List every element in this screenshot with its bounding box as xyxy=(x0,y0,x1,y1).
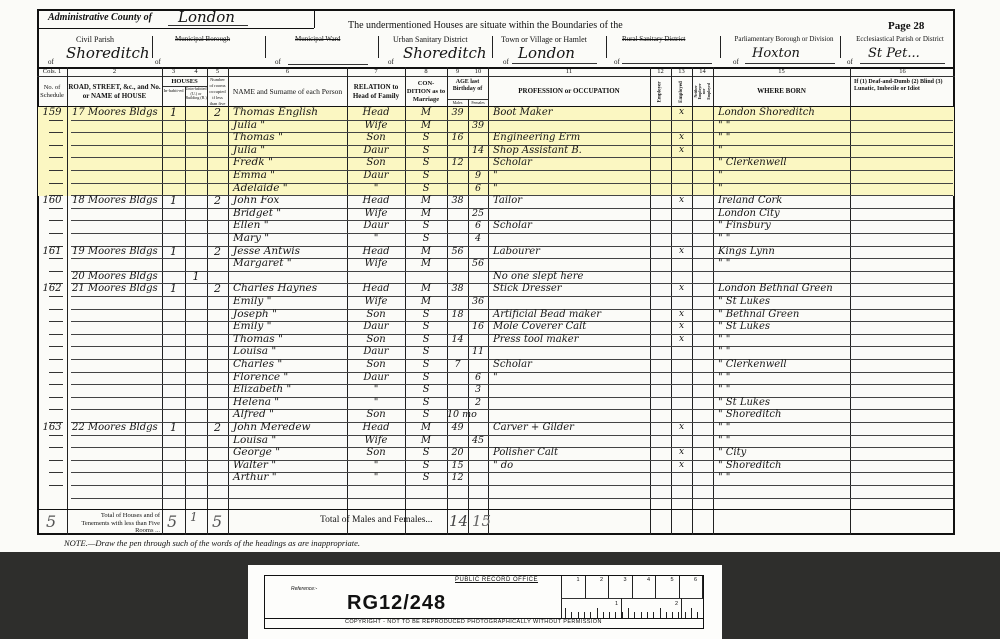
relation: Daur xyxy=(347,144,405,157)
birthplace: " " xyxy=(718,421,849,434)
table-row: 15917 Moores Bldgs12Thomas EnglishHeadM3… xyxy=(0,107,1000,120)
employed-mark: x xyxy=(671,144,692,157)
row-line xyxy=(49,233,63,234)
scale-tick xyxy=(590,612,591,618)
total-males: 14 xyxy=(449,512,468,530)
occupation: " xyxy=(493,182,649,195)
column-number: 5 xyxy=(207,68,228,76)
occupation: Stick Dresser xyxy=(493,282,649,295)
column-header-c16: If (1) Deaf-and-Dumb (2) Blind (3) Lunat… xyxy=(854,79,953,92)
divider xyxy=(152,36,153,58)
row-line xyxy=(49,447,63,448)
field-underline xyxy=(622,63,712,64)
field-underline xyxy=(745,63,835,64)
condition: M xyxy=(405,421,447,434)
person-name: Louisa " xyxy=(233,434,346,447)
scale-tick xyxy=(597,608,598,618)
row-line xyxy=(49,309,63,310)
scale-tick xyxy=(608,576,609,598)
title-box-right xyxy=(314,9,315,28)
of-prefix: of xyxy=(275,58,281,66)
column-header-c4: Unin-habited (U.) or Building (B.) xyxy=(185,87,207,101)
occupation: Scholar xyxy=(493,156,649,169)
age-female: 25 xyxy=(468,207,488,220)
row-line xyxy=(71,498,953,499)
relation: Wife xyxy=(347,119,405,132)
condition: S xyxy=(405,219,447,232)
rooms-count: 2 xyxy=(207,245,228,258)
person-name: Thomas English xyxy=(233,106,346,119)
total-persons-label: Total of Males and Females... xyxy=(320,515,433,525)
person-name: Julia " xyxy=(233,144,346,157)
title-box-bottom xyxy=(37,28,314,29)
employed-mark: x xyxy=(671,320,692,333)
table-row: Walter ""S15" dox" Shoreditch xyxy=(0,460,1000,473)
scale-tick xyxy=(691,608,692,618)
birthplace: " Clerkenwell xyxy=(718,358,849,371)
column-number: 7 xyxy=(347,68,405,76)
row-line xyxy=(49,435,63,436)
column-number: 4 xyxy=(185,68,207,76)
column-number: 14 xyxy=(692,68,713,76)
person-name: Joseph " xyxy=(233,308,346,321)
occupation: Press tool maker xyxy=(493,333,649,346)
relation: " xyxy=(347,232,405,245)
relation: Daur xyxy=(347,371,405,384)
of-prefix: of xyxy=(614,58,620,66)
relation: Son xyxy=(347,358,405,371)
occupation: Engineering Erm xyxy=(493,131,649,144)
table-row: Elizabeth ""S3" " xyxy=(0,384,1000,397)
boundaries-text: The undermentioned Houses are situate wi… xyxy=(348,20,623,31)
birthplace: " " xyxy=(718,371,849,384)
row-line xyxy=(49,346,63,347)
scale-tick xyxy=(655,576,656,598)
condition: S xyxy=(405,144,447,157)
person-name: Helena " xyxy=(233,396,346,409)
address: 17 Moores Bldgs xyxy=(72,106,161,119)
age-male: 12 xyxy=(447,156,468,169)
urban-sanitary-label: Urban Sanitary District xyxy=(393,35,468,44)
age-male: 18 xyxy=(447,308,468,321)
employed-mark: x xyxy=(671,106,692,119)
schedule-number: 162 xyxy=(37,282,67,295)
birthplace: " City xyxy=(718,446,849,459)
column-number: 11 xyxy=(488,68,650,76)
scale-label: 1 xyxy=(577,577,580,583)
birthplace: " " xyxy=(718,333,849,346)
row-line xyxy=(49,384,63,385)
condition: M xyxy=(405,434,447,447)
scale-tick xyxy=(681,598,682,618)
scale-divider xyxy=(561,576,562,618)
total-schedules: 5 xyxy=(46,512,56,531)
total-rooms: 5 xyxy=(212,512,222,531)
address: 20 Moores Bldgs xyxy=(72,270,161,283)
birthplace: London City xyxy=(718,207,849,220)
age-male: 56 xyxy=(447,245,468,258)
county-value: London xyxy=(178,8,235,26)
row-line xyxy=(49,460,63,461)
divider xyxy=(606,36,607,58)
birthplace: " " xyxy=(718,119,849,132)
of-prefix: of xyxy=(503,58,509,66)
urban-sanitary-value: Shoreditch xyxy=(403,44,487,62)
scale-label: 6 xyxy=(694,577,697,583)
person-name: Emma " xyxy=(233,169,346,182)
occupation: Labourer xyxy=(493,245,649,258)
address: 19 Moores Bldgs xyxy=(72,245,161,258)
column-number: 10 xyxy=(468,68,488,76)
person-name: Julia " xyxy=(233,119,346,132)
person-name: Jesse Antwis xyxy=(233,245,346,258)
county-label: Administrative County of xyxy=(48,12,152,23)
address: 22 Moores Bldgs xyxy=(72,421,161,434)
scale-label: 2 xyxy=(600,577,603,583)
relation: Head xyxy=(347,421,405,434)
birthplace: " Clerkenwell xyxy=(718,156,849,169)
column-header-c7: RELATION to Head of Family xyxy=(348,78,404,105)
column-header-c3: In-habit-ed xyxy=(162,88,185,94)
age-female: 9 xyxy=(468,169,488,182)
relation: Son xyxy=(347,446,405,459)
person-name: Charles " xyxy=(233,358,346,371)
field-underline xyxy=(512,63,597,64)
page-number: Page 28 xyxy=(888,20,924,32)
birthplace: " xyxy=(718,144,849,157)
relation: Daur xyxy=(347,169,405,182)
condition: M xyxy=(405,257,447,270)
person-name: Emily " xyxy=(233,295,346,308)
person-name: Louisa " xyxy=(233,345,346,358)
row-line xyxy=(49,472,63,473)
relation: " xyxy=(347,182,405,195)
schedule-number: 163 xyxy=(37,421,67,434)
age-female: 6 xyxy=(468,182,488,195)
relation: " xyxy=(347,383,405,396)
municipal-ward-label: Municipal Ward xyxy=(295,35,340,43)
condition: M xyxy=(405,106,447,119)
row-line xyxy=(49,220,63,221)
scale-tick xyxy=(603,612,604,618)
column-header-text: Employed xyxy=(679,81,685,103)
field-underline xyxy=(288,64,368,65)
column-header-c12: Employer xyxy=(650,78,671,105)
row-line xyxy=(49,157,63,158)
row-line xyxy=(49,372,63,373)
birthplace: " Finsbury xyxy=(718,219,849,232)
scale-tick xyxy=(685,612,686,618)
birthplace: " " xyxy=(718,345,849,358)
condition: S xyxy=(405,169,447,182)
column-number: 9 xyxy=(447,68,468,76)
age-female: 6 xyxy=(468,219,488,232)
person-name: Fredk " xyxy=(233,156,346,169)
condition: S xyxy=(405,131,447,144)
schedule-number: 159 xyxy=(37,106,67,119)
table-row: Arthur ""S12" " xyxy=(0,472,1000,485)
rooms-count: 2 xyxy=(207,282,228,295)
column-number: 12 xyxy=(650,68,671,76)
scale-tick xyxy=(641,612,642,618)
employed-mark: x xyxy=(671,282,692,295)
row-line xyxy=(49,397,63,398)
condition: S xyxy=(405,308,447,321)
birthplace: " " xyxy=(718,383,849,396)
condition: M xyxy=(405,245,447,258)
birthplace: " St Lukes xyxy=(718,295,849,308)
occupation: Polisher Calt xyxy=(493,446,649,459)
age-male: 39 xyxy=(447,106,468,119)
condition: M xyxy=(405,295,447,308)
birthplace: " xyxy=(718,182,849,195)
relation: Daur xyxy=(347,345,405,358)
relation: Daur xyxy=(347,320,405,333)
rooms-count: 2 xyxy=(207,106,228,119)
scale-tick xyxy=(672,612,673,618)
condition: S xyxy=(405,446,447,459)
birthplace: " " xyxy=(718,232,849,245)
column-header-c8: CON-DITION as to Marriage xyxy=(406,78,446,105)
scale-label: 4 xyxy=(647,577,650,583)
footnote: NOTE.—Draw the pen through such of the w… xyxy=(64,538,360,548)
age-female: 6 xyxy=(468,371,488,384)
age-male: 10 mo xyxy=(447,408,468,421)
age-female: 39 xyxy=(468,119,488,132)
column-header-c5: Number of rooms occupied if less than fi… xyxy=(208,78,227,105)
column-number: 16 xyxy=(850,68,955,76)
relation: Wife xyxy=(347,257,405,270)
occupation: No one slept here xyxy=(493,270,649,283)
age-female: 11 xyxy=(468,345,488,358)
condition: S xyxy=(405,345,447,358)
scale-tick xyxy=(628,608,629,618)
divider xyxy=(492,36,493,58)
condition: M xyxy=(405,194,447,207)
birthplace: " " xyxy=(718,471,849,484)
relation: Head xyxy=(347,245,405,258)
table-row: Thomas "SonS14Press tool makerx" " xyxy=(0,334,1000,347)
occupation: Shop Assistant B. xyxy=(493,144,649,157)
row-line xyxy=(49,208,63,209)
person-name: Thomas " xyxy=(233,131,346,144)
person-name: Florence " xyxy=(233,371,346,384)
employed-mark: x xyxy=(671,333,692,346)
scale-label: 1 xyxy=(615,601,618,607)
age-male: 7 xyxy=(447,358,468,371)
rooms-count: 2 xyxy=(207,421,228,434)
reference-label: Reference:- xyxy=(291,586,317,592)
reference-number: RG12/248 xyxy=(347,592,446,615)
age-male: 49 xyxy=(447,421,468,434)
person-name: Thomas " xyxy=(233,333,346,346)
table-row: Florence "DaurS6"" " xyxy=(0,372,1000,385)
table-row: 16018 Moores Bldgs12John FoxHeadM38Tailo… xyxy=(0,195,1000,208)
person-name: George " xyxy=(233,446,346,459)
column-number: 2 xyxy=(67,68,162,76)
scale-tick xyxy=(634,612,635,618)
employed-mark: x xyxy=(671,194,692,207)
column-header-text: Neither Employer nor Employed xyxy=(694,81,711,102)
condition: S xyxy=(405,320,447,333)
column-header-text: Employer xyxy=(658,81,664,102)
rural-sanitary-label: Rural Sanitary District xyxy=(622,35,685,43)
row-line xyxy=(49,132,63,133)
column-header-c2: ROAD, STREET, &c., and No. or NAME of HO… xyxy=(68,78,161,105)
employed-mark: x xyxy=(671,421,692,434)
birthplace: " St Lukes xyxy=(718,320,849,333)
birthplace: " " xyxy=(718,434,849,447)
person-name: Adelaide " xyxy=(233,182,346,195)
condition: S xyxy=(405,358,447,371)
field-underline xyxy=(860,63,945,64)
divider xyxy=(378,36,379,58)
column-header-c10: Females xyxy=(468,100,488,105)
scale-tick xyxy=(697,612,698,618)
person-name: Emily " xyxy=(233,320,346,333)
relation: Wife xyxy=(347,295,405,308)
person-name: Margaret " xyxy=(233,257,346,270)
divider xyxy=(720,36,721,58)
person-name: Arthur " xyxy=(233,471,346,484)
address: 18 Moores Bldgs xyxy=(72,194,161,207)
scale-tick xyxy=(615,612,616,618)
condition: S xyxy=(405,471,447,484)
scale-tick xyxy=(609,612,610,618)
birthplace: Kings Lynn xyxy=(718,245,849,258)
age-female: 45 xyxy=(468,434,488,447)
column-header-c6: NAME and Surname of each Person xyxy=(229,78,346,105)
table-row: 16322 Moores Bldgs12John MeredewHeadM49C… xyxy=(0,422,1000,435)
county-underline xyxy=(168,25,248,26)
scale-tick xyxy=(571,612,572,618)
row-line xyxy=(49,334,63,335)
age-female: 56 xyxy=(468,257,488,270)
town-value: London xyxy=(518,44,575,62)
inhabited-mark: 1 xyxy=(162,421,185,434)
inhabited-mark: 1 xyxy=(162,106,185,119)
row-line xyxy=(49,409,63,410)
person-name: Charles Haynes xyxy=(233,282,346,295)
employed-mark: x xyxy=(671,308,692,321)
person-name: John Meredew xyxy=(233,421,346,434)
scale-label: 3 xyxy=(624,577,627,583)
condition: S xyxy=(405,156,447,169)
occupation: Carver + Gilder xyxy=(493,421,649,434)
relation: Wife xyxy=(347,434,405,447)
column-header-c15: WHERE BORN xyxy=(714,78,849,105)
houses-header: HOUSES xyxy=(162,78,207,85)
person-name: Bridget " xyxy=(233,207,346,220)
relation: " xyxy=(347,471,405,484)
relation: Head xyxy=(347,194,405,207)
birthplace: " " xyxy=(718,131,849,144)
table-row: Helena ""S2" St Lukes xyxy=(0,397,1000,410)
relation: " xyxy=(347,396,405,409)
column-number: 8 xyxy=(405,68,447,76)
scale-tick xyxy=(647,612,648,618)
occupation: Tailor xyxy=(493,194,649,207)
occupation: Mole Coverer Calt xyxy=(493,320,649,333)
uninhabited-mark: 1 xyxy=(185,270,207,283)
column-number: Cols. 1 xyxy=(37,68,67,76)
colnum-bottom-line xyxy=(37,76,955,77)
scale-tick xyxy=(666,612,667,618)
relation: Son xyxy=(347,131,405,144)
total-houses-label: Total of Houses and of Tenements with le… xyxy=(72,512,160,535)
parliamentary-value: Hoxton xyxy=(752,46,800,61)
total-inhabited: 5 xyxy=(167,512,177,531)
column-number: 6 xyxy=(228,68,347,76)
reference-card-border: PUBLIC RECORD OFFICE Reference:- RG12/24… xyxy=(264,575,704,629)
scale-tick xyxy=(679,576,680,598)
relation: Head xyxy=(347,106,405,119)
scale-tick xyxy=(565,608,566,618)
schedule-number: 160 xyxy=(37,194,67,207)
age-male: 38 xyxy=(447,282,468,295)
parliamentary-label: Parliamentary Borough or Division xyxy=(730,36,838,43)
person-name: Elizabeth " xyxy=(233,383,346,396)
relation: Son xyxy=(347,333,405,346)
municipal-borough-label: Municipal Borough xyxy=(175,35,230,43)
birthplace: " St Lukes xyxy=(718,396,849,409)
scale-tick xyxy=(585,576,586,598)
condition: S xyxy=(405,459,447,472)
occupation: " xyxy=(493,371,649,384)
age-female: 4 xyxy=(468,232,488,245)
scale-tick xyxy=(584,612,585,618)
inhabited-mark: 1 xyxy=(162,194,185,207)
employed-mark: x xyxy=(671,459,692,472)
age-female: 16 xyxy=(468,320,488,333)
of-prefix: of xyxy=(388,58,394,66)
row-line xyxy=(49,258,63,259)
birthplace: " Shoreditch xyxy=(718,408,849,421)
birthplace: " Bethnal Green xyxy=(718,308,849,321)
scale-tick xyxy=(621,598,622,618)
civil-parish-label: Civil Parish xyxy=(76,35,114,44)
row-line xyxy=(49,271,63,272)
condition: M xyxy=(405,282,447,295)
total-uninhabited: 1 xyxy=(190,510,198,524)
table-row: 16119 Moores Bldgs12Jesse AntwisHeadM56L… xyxy=(0,246,1000,259)
table-row xyxy=(0,485,1000,498)
condition: S xyxy=(405,182,447,195)
age-header: AGE last Birthday of xyxy=(447,79,488,93)
row-line xyxy=(49,183,63,184)
age-female: 36 xyxy=(468,295,488,308)
condition: S xyxy=(405,371,447,384)
relation: Head xyxy=(347,282,405,295)
divider xyxy=(265,36,266,58)
column-number: 13 xyxy=(671,68,692,76)
of-prefix: of xyxy=(847,58,853,66)
table-row: 16221 Moores Bldgs12Charles HaynesHeadM3… xyxy=(0,283,1000,296)
age-female: 3 xyxy=(468,383,488,396)
age-male: 16 xyxy=(447,131,468,144)
of-prefix: of xyxy=(48,58,54,66)
age-male: 15 xyxy=(447,459,468,472)
copyright-text: COPYRIGHT - NOT TO BE REPRODUCED PHOTOGR… xyxy=(345,619,602,625)
employed-mark: x xyxy=(671,131,692,144)
table-row: Ellen "DaurS6Scholar" Finsbury xyxy=(0,220,1000,233)
rooms-count: 2 xyxy=(207,194,228,207)
age-male: 38 xyxy=(447,194,468,207)
age-male: 20 xyxy=(447,446,468,459)
relation: Son xyxy=(347,156,405,169)
row-line xyxy=(49,170,63,171)
occupation: " xyxy=(493,169,649,182)
